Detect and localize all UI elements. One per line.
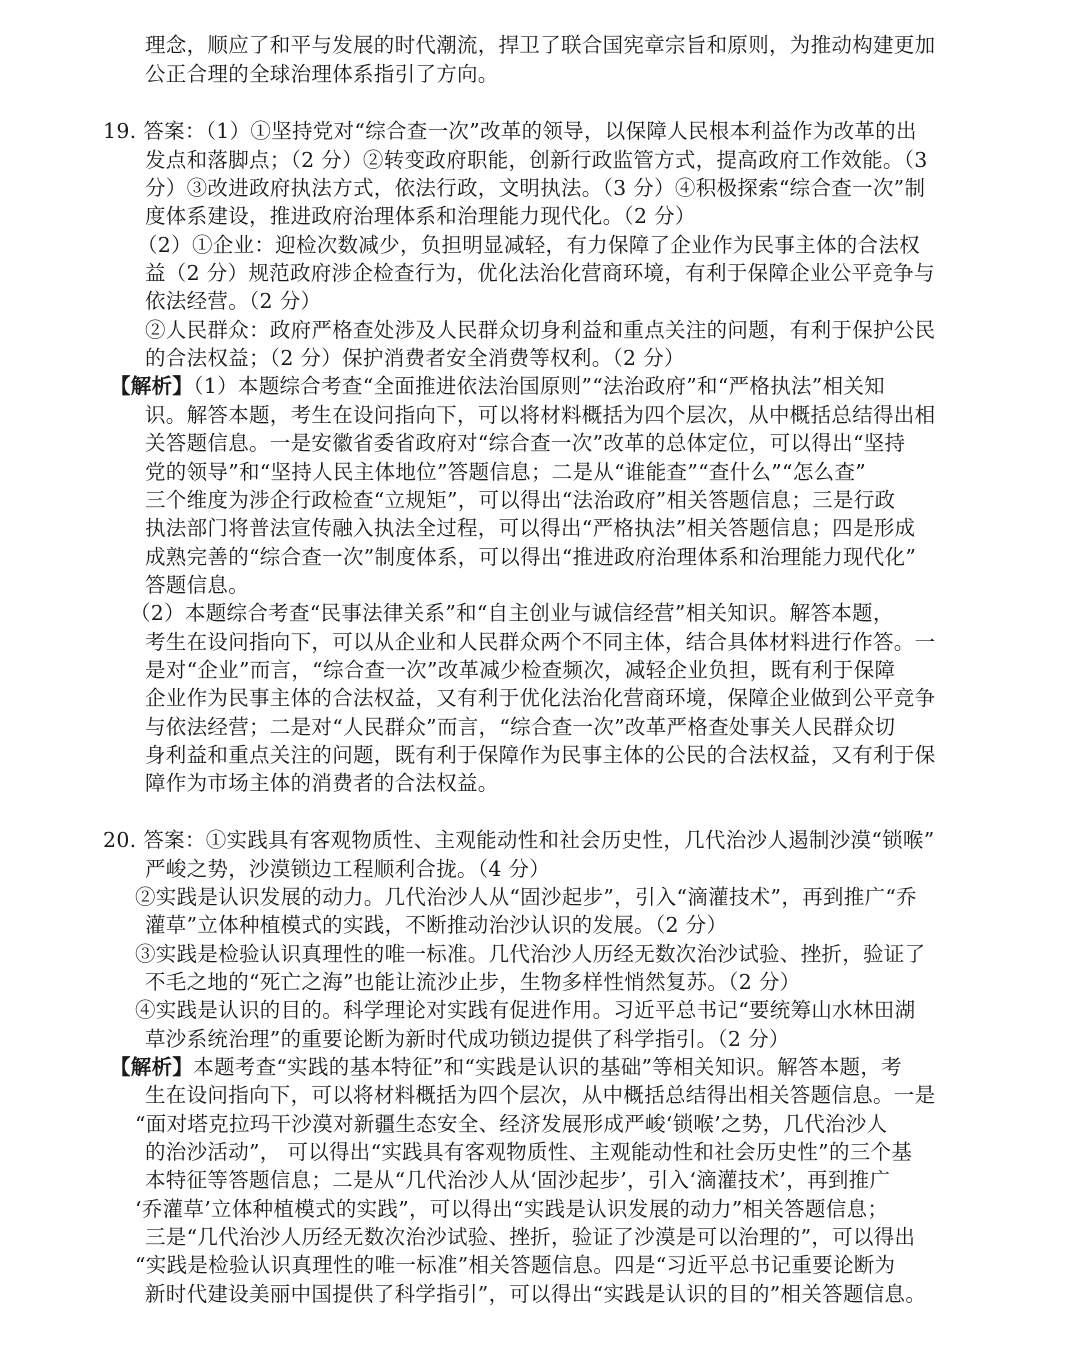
q19-analysis2-line: 与依法经营；二是对“人民群众”而言，“综合查一次”改革严格查处事关人民群众切: [145, 713, 895, 741]
q19-analysis2-line: 障作为市场主体的消费者的合法权益。: [145, 769, 499, 797]
q19-analysis2-line: 是对“企业”而言，“综合查一次”改革减少检查频次，减轻企业负担，既有利于保障: [145, 656, 895, 684]
q19-analysis2-first-line: （2）本题综合考查“民事法律关系”和“自主创业与诚信经营”相关知识。解答本题，: [130, 599, 894, 627]
q20-analysis-line: 新时代建设美丽中国提供了科学指引”，可以得出“实践是认识的目的”相关答题信息。: [145, 1280, 926, 1308]
q20-answer-point: ②实践是认识发展的动力。几代治沙人从“固沙起步”，引入“滴灌技术”，再到推广“乔: [135, 883, 917, 911]
q19-analysis2-line: 考生在设问指向下，可以从企业和人民群众两个不同主体，结合具体材料进行作答。一: [145, 628, 935, 656]
q20-analysis-line: “实践是检验认识真理性的唯一标准”相关答题信息。四是“习近平总书记重要论断为: [135, 1251, 895, 1279]
analysis-text: 本题考查“实践的基本特征”和“实践是认识的基础”等相关知识。解答本题，考: [193, 1055, 902, 1079]
q20-analysis-line: “面对塔克拉玛干沙漠对新疆生态安全、经济发展形成严峻‘锁喉’之势，几代治沙人: [135, 1110, 887, 1138]
q20-answer-line: 草沙系统治理”的重要论断为新时代成功锁边提供了科学指引。（2 分）: [145, 1025, 790, 1053]
intro-line: 公正合理的全球治理体系指引了方向。: [145, 60, 499, 88]
document-page: 理念，顺应了和平与发展的时代潮流，捍卫了联合国宪章宗旨和原则，为推动构建更加 公…: [0, 0, 1080, 1370]
q19-answer-line: 分）③改进政府执法方式，依法行政，文明执法。（3 分）④积极探索“综合查一次”制: [145, 174, 925, 202]
analysis-text: （1）本题综合考查“全面推进依法治国原则”“法治政府”和“严格执法”相关知: [193, 374, 885, 398]
q20-analysis-line: 三是“几代治沙人历经无数次治沙试验、挫折，验证了沙漠是可以治理的”，可以得出: [145, 1223, 915, 1251]
intro-line: 理念，顺应了和平与发展的时代潮流，捍卫了联合国宪章宗旨和原则，为推动构建更加: [145, 31, 935, 59]
q20-answer-line: 不毛之地的“死亡之海”也能让流沙止步，生物多样性悄然复苏。（2 分）: [145, 968, 800, 996]
q19-analysis-first-line: 【解析】（1）本题综合考查“全面推进依法治国原则”“法治政府”和“严格执法”相关…: [110, 372, 885, 400]
q19-analysis-line: 识。解答本题，考生在设问指向下，可以将材料概括为四个层次，从中概括总结得出相: [145, 401, 935, 429]
q20-answer-point: ④实践是认识的目的。科学理论对实践有促进作用。习近平总书记“要统筹山水林田湖: [135, 996, 915, 1024]
q19-analysis-line: 成熟完善的“综合查一次”制度体系，可以得出“推进政府治理体系和治理能力现代化”: [145, 543, 916, 571]
q19-analysis-line: 党的领导”和“坚持人民主体地位”答题信息；二是从“谁能查”“查什么”“怎么查”: [145, 458, 866, 486]
q20-answer-point: ③实践是检验认识真理性的唯一标准。几代治沙人历经无数次治沙试验、挫折，验证了: [135, 940, 925, 968]
q20-analysis-first-line: 【解析】本题考查“实践的基本特征”和“实践是认识的基础”等相关知识。解答本题，考: [110, 1053, 902, 1081]
q19-analysis2-line: 企业作为民事主体的合法权益，又有利于优化法治化营商环境，保障企业做到公平竞争: [145, 684, 935, 712]
analysis-label: 【解析】: [110, 374, 193, 398]
q20-answer-heading: 20. 答案：①实践具有客观物质性、主观能动性和社会历史性，几代治沙人遏制沙漠“…: [103, 826, 934, 854]
q19-answer-line: 度体系建设，推进政府治理体系和治理能力现代化。（2 分）: [145, 202, 696, 230]
q20-analysis-line: 生在设问指向下，可以将材料概括为四个层次，从中概括总结得出相关答题信息。一是: [145, 1081, 935, 1109]
q19-answer-heading: 19. 答案：（1）①坚持党对“综合查一次”改革的领导，以保障人民根本利益作为改…: [103, 117, 917, 145]
q19-analysis2-line: 身利益和重点关注的问题，既有利于保障作为民事主体的公民的合法权益，又有利于保: [145, 741, 935, 769]
q19-analysis-line: 三个维度为涉企行政检查“立规矩”，可以得出“法治政府”相关答题信息；三是行政: [145, 486, 895, 514]
q19-analysis-line: 答题信息。: [145, 571, 249, 599]
q20-analysis-line: 本特征等答题信息；二是从“几代治沙人从‘固沙起步’，引入‘滴灌技术’，再到推广: [145, 1166, 890, 1194]
q19-answer-line: 益（2 分）规范政府涉企检查行为，优化法治化营商环境，有利于保障企业公平竞争与: [145, 259, 935, 287]
q19-analysis-line: 执法部门将普法宣传融入执法全过程，可以得出“严格执法”相关答题信息；四是形成: [145, 514, 915, 542]
q20-analysis-line: ‘乔灌草’立体种植模式的实践”，可以得出“实践是认识发展的动力”相关答题信息；: [135, 1195, 888, 1223]
q19-answer-part2: （2）①企业：迎检次数减少，负担明显减轻，有力保障了企业作为民事主体的合法权: [137, 231, 920, 259]
analysis-label: 【解析】: [110, 1055, 193, 1079]
q19-answer-line: 发点和落脚点；（2 分）②转变政府职能，创新行政监管方式，提高政府工作效能。（3: [145, 146, 928, 174]
q20-answer-line: 灌草”立体种植模式的实践，不断推动治沙认识的发展。（2 分）: [145, 911, 727, 939]
q19-answer-line: 的合法权益；（2 分）保护消费者安全消费等权利。（2 分）: [145, 344, 685, 372]
q19-answer-line: 依法经营。（2 分）: [145, 287, 321, 315]
q20-answer-line: 严峻之势，沙漠锁边工程顺利合拢。（4 分）: [145, 855, 550, 883]
q19-answer-line: ②人民群众：政府严格查处涉及人民群众切身利益和重点关注的问题，有利于保护公民: [145, 316, 935, 344]
q19-analysis-line: 关答题信息。一是安徽省委省政府对“综合查一次”改革的总体定位，可以得出“坚持: [145, 429, 905, 457]
q20-analysis-line: 的治沙活动”， 可以得出“实践具有客观物质性、主观能动性和社会历史性”的三个基: [145, 1138, 912, 1166]
